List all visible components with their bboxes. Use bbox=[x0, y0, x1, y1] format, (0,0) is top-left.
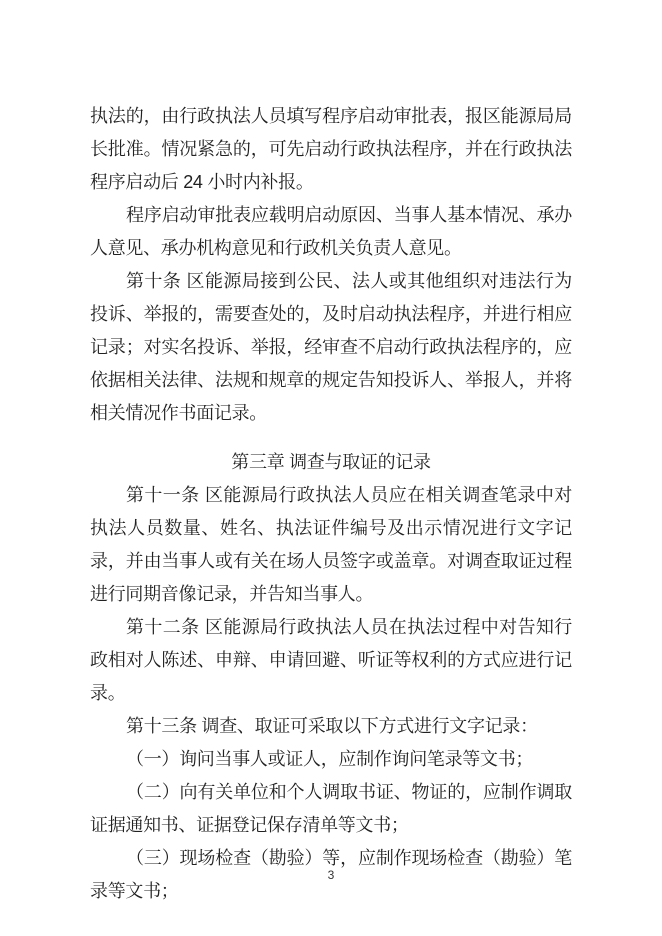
document-page: 执法的，由行政执法人员填写程序启动审批表，报区能源局局长批准。情况紧急的，可先启… bbox=[0, 0, 662, 936]
paragraph: 程序启动审批表应载明启动原因、当事人基本情况、承办人意见、承办机构意见和行政机关… bbox=[90, 199, 572, 265]
paragraph: 第十三条 调查、取证可采取以下方式进行文字记录： bbox=[90, 710, 572, 743]
paragraph: （一）询问当事人或证人，应制作询问笔录等文书； bbox=[90, 743, 572, 776]
paragraph: （二）向有关单位和个人调取书证、物证的，应制作调取证据通知书、证据登记保存清单等… bbox=[90, 776, 572, 842]
paragraph: 第十二条 区能源局行政执法人员在执法过程中对告知行政相对人陈述、申辩、申请回避、… bbox=[90, 611, 572, 710]
paragraph: 执法的，由行政执法人员填写程序启动审批表，报区能源局局长批准。情况紧急的，可先启… bbox=[90, 100, 572, 199]
document-body: 执法的，由行政执法人员填写程序启动审批表，报区能源局局长批准。情况紧急的，可先启… bbox=[90, 100, 572, 908]
paragraph: 第十一条 区能源局行政执法人员应在相关调查笔录中对执法人员数量、姓名、执法证件编… bbox=[90, 479, 572, 611]
chapter-heading: 第三章 调查与取证的记录 bbox=[90, 446, 572, 479]
page-number: 3 bbox=[0, 868, 662, 882]
paragraph: 第十条 区能源局接到公民、法人或其他组织对违法行为投诉、举报的，需要查处的，及时… bbox=[90, 265, 572, 430]
